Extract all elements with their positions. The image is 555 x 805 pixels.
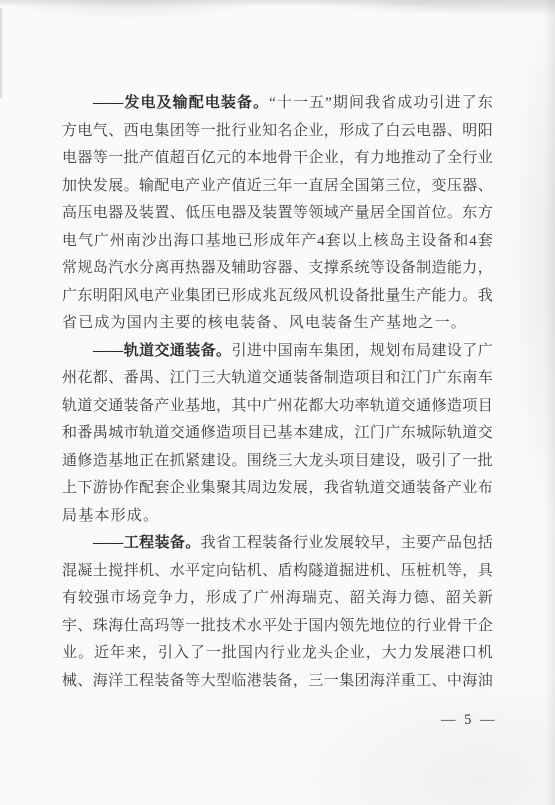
text-line: 混凝土搅拌机、水平定向钻机、盾构隧道掘进机、压桩机等，具 [62, 558, 493, 586]
body-text: 加快发展。输配电产业产值近三年一直居全国第三位，变压器、 [62, 178, 493, 194]
text-line: ——工程装备。我省工程装备行业发展较早，主要产品包括 [62, 530, 493, 558]
body-text: 混凝土搅拌机、水平定向钻机、盾构隧道掘进机、压桩机等，具 [62, 563, 493, 579]
scan-edge-shadow-right [545, 0, 555, 805]
text-line: 方电气、西电集团等一批行业知名企业，形成了白云电器、明阳 [62, 118, 493, 146]
text-line: 械、海洋工程装备等大型临港装备，三一集团海洋重工、中海油 [62, 668, 493, 696]
scanned-document-page: ——发电及输配电装备。“十一五”期间我省成功引进了东方电气、西电集团等一批行业知… [0, 0, 555, 805]
scan-edge-shadow-top [0, 0, 555, 7]
body-text: 省已成为国内主要的核电装备、风电装备生产基地之一。 [62, 315, 467, 331]
text-line: 常规岛汽水分离再热器及辅助容器、支撑系统等设备制造能力， [62, 255, 493, 283]
text-line: 高压电器及装置、低压电器及装置等领域产量居全国首位。东方 [62, 200, 493, 228]
body-text: 电器等一批产值超百亿元的本地骨干企业，有力地推动了全行业 [62, 150, 493, 166]
section-heading-text: ——轨道交通装备。 [93, 343, 231, 359]
document-text-block: ——发电及输配电装备。“十一五”期间我省成功引进了东方电气、西电集团等一批行业知… [62, 90, 493, 695]
section-heading-text: ——发电及输配电装备。 [93, 95, 269, 111]
text-line: 有较强市场竞争力，形成了广州海瑞克、韶关海力德、韶关新 [62, 585, 493, 613]
body-text: 广东明阳风电产业集团已形成兆瓦级风机设备批量生产能力。我 [62, 288, 493, 304]
body-text: 方电气、西电集团等一批行业知名企业，形成了白云电器、明阳 [62, 123, 493, 139]
body-text: 电气广州南沙出海口基地已形成年产4套以上核岛主设备和4套 [62, 233, 493, 249]
text-line: 电气广州南沙出海口基地已形成年产4套以上核岛主设备和4套 [62, 228, 493, 256]
text-line: 通修造基地正在抓紧建设。围绕三大龙头项目建设，吸引了一批 [62, 448, 493, 476]
text-line: 宇、珠海仕高玛等一批技术水平处于国内领先地位的行业骨干企 [62, 613, 493, 641]
body-text: 轨道交通装备产业基地，其中广州花都大功率轨道交通修造项目 [62, 398, 493, 414]
text-line: 电器等一批产值超百亿元的本地骨干企业，有力地推动了全行业 [62, 145, 493, 173]
text-line: 上下游协作配套企业集聚其周边发展，我省轨道交通装备产业布 [62, 475, 493, 503]
text-line: 省已成为国内主要的核电装备、风电装备生产基地之一。 [62, 310, 493, 338]
body-text: “十一五”期间我省成功引进了东 [269, 95, 493, 111]
body-text: 上下游协作配套企业集聚其周边发展，我省轨道交通装备产业布 [62, 480, 493, 496]
text-line: 业。近年来，引入了一批国内行业龙头企业，大力发展港口机 [62, 640, 493, 668]
body-text: 和番禺城市轨道交通修造项目已基本建成，江门广东城际轨道交 [62, 425, 493, 441]
body-text: 高压电器及装置、低压电器及装置等领域产量居全国首位。东方 [62, 205, 493, 221]
section-heading-text: ——工程装备。 [93, 535, 201, 551]
scan-edge-shadow-left [0, 8, 3, 98]
text-line: 加快发展。输配电产业产值近三年一直居全国第三位，变压器、 [62, 173, 493, 201]
body-text: 引进中国南车集团，规划布局建设了广 [231, 343, 493, 359]
body-text: 有较强市场竞争力，形成了广州海瑞克、韶关海力德、韶关新 [62, 590, 493, 606]
text-line: 广东明阳风电产业集团已形成兆瓦级风机设备批量生产能力。我 [62, 283, 493, 311]
page-number: — 5 — [441, 709, 497, 731]
text-line: ——发电及输配电装备。“十一五”期间我省成功引进了东 [62, 90, 493, 118]
text-line: ——轨道交通装备。引进中国南车集团，规划布局建设了广 [62, 338, 493, 366]
body-text: 局基本形成。 [62, 508, 159, 524]
body-text: 通修造基地正在抓紧建设。围绕三大龙头项目建设，吸引了一批 [62, 453, 493, 469]
body-text: 常规岛汽水分离再热器及辅助容器、支撑系统等设备制造能力， [62, 260, 493, 276]
body-text: 宇、珠海仕高玛等一批技术水平处于国内领先地位的行业骨干企 [62, 618, 493, 634]
body-text: 业。近年来，引入了一批国内行业龙头企业，大力发展港口机 [62, 645, 493, 661]
text-line: 和番禺城市轨道交通修造项目已基本建成，江门广东城际轨道交 [62, 420, 493, 448]
text-line: 州花都、番禺、江门三大轨道交通装备制造项目和江门广东南车 [62, 365, 493, 393]
text-line: 轨道交通装备产业基地，其中广州花都大功率轨道交通修造项目 [62, 393, 493, 421]
text-line: 局基本形成。 [62, 503, 493, 531]
body-text: 我省工程装备行业发展较早，主要产品包括 [201, 535, 493, 551]
body-text: 州花都、番禺、江门三大轨道交通装备制造项目和江门广东南车 [62, 370, 493, 386]
body-text: 械、海洋工程装备等大型临港装备，三一集团海洋重工、中海油 [62, 673, 493, 689]
